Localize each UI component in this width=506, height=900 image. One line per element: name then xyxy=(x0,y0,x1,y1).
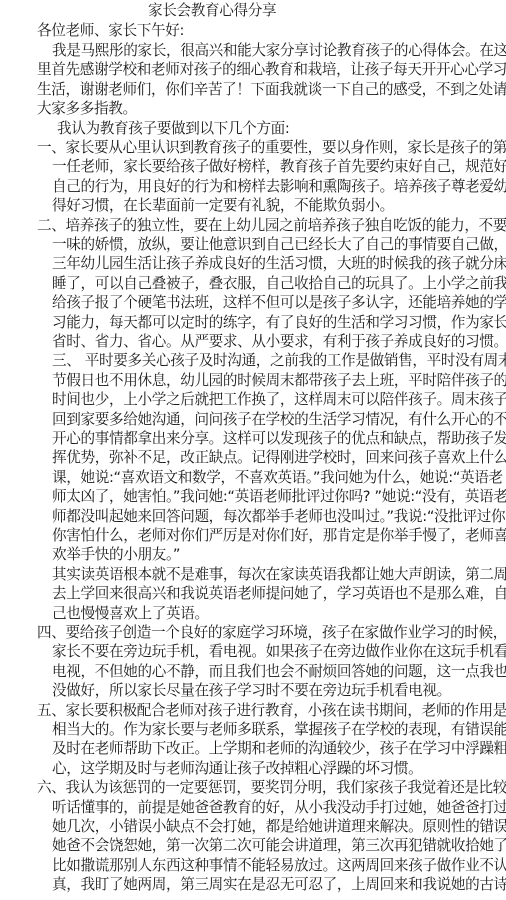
greeting: 各位老师、家长下午好: xyxy=(37,21,184,40)
text-line: 我是马熙彤的家长，很高兴和能大家分享讨论教育孩子的心得体会。在这 xyxy=(52,41,506,60)
text-line: 里首先感谢学校和老师对孩子的细心教育和栽培，让孩子每天开开心心学习 xyxy=(37,60,506,79)
text-line: 家长不要在旁边玩手机，看电视。如果孩子在旁边做作业你在这玩手机看 xyxy=(52,642,506,661)
text-line: 欢举手快的小朋友。” xyxy=(52,545,180,564)
text-line: 己也慢慢喜欢上了英语。 xyxy=(52,604,209,623)
text-line: 得好习惯，在长辈面前一定要有礼貌，不能欺负弱小。 xyxy=(52,196,394,215)
text-line: 大家多多指教。 xyxy=(37,99,137,118)
text-line: 习能力，每天都可以定时的练字，有了良好的生活和学习习惯，作为家长 xyxy=(52,313,506,332)
text-line: 三、 平时要多关心孩子及时沟通，之前我的工作是做销售，平时没有周末， xyxy=(52,351,506,370)
text-line: 课，她说:“喜欢语文和数学，不喜欢英语。”我问她为什么，她说:“英语老 xyxy=(52,468,503,487)
text-line: 省时、省力、省心。从严要求、从小要求，有利于孩子养成良好的习惯。 xyxy=(52,332,506,351)
text-line: 心，这学期及时与老师沟通让孩子改掉粗心浮躁的坏习惯。 xyxy=(52,759,422,778)
text-line: 相当大的。作为家长要与老师多联系，掌握孩子在学校的表现，有错误能 xyxy=(52,720,506,739)
text-line: 二、培养孩子的独立性，要在上幼儿园之前培养孩子独自吃饭的能力，不要 xyxy=(37,216,506,235)
text-line: 师太凶了，她害怕。”我问她:“英语老师批评过你吗? ”她说:“没有，英语老 xyxy=(52,487,506,506)
text-line: 一任老师，家长要给孩子做好榜样，教育孩子首先要约束好自己，规范好 xyxy=(52,157,506,176)
text-line: 五、家长要积极配合老师对孩子进行教育，小孩在读书期间，老师的作用是 xyxy=(37,701,506,720)
text-line: 四、要给孩子创造一个良好的家庭学习环境，孩子在家做作业学习的时候， xyxy=(37,623,506,642)
text-line: 其实读英语根本就不是难事，每次在家读英语我都让她大声朗读，第二周 xyxy=(52,565,506,584)
text-line: 六、我认为该惩罚的一定要惩罚，要奖罚分明，我们家孩子我觉着还是比较 xyxy=(37,778,506,797)
text-line: 挥优势，弥补不足，改正缺点。记得刚进学校时，回来问孩子喜欢上什么 xyxy=(52,448,506,467)
text-line: 回到家要多给她沟通，问问孩子在学校的生活学习情况，有什么开心的不 xyxy=(52,410,506,429)
text-line: 开心的事情都拿出来分享。这样可以发现孩子的优点和缺点，帮助孩子发 xyxy=(52,429,506,448)
document-title: 家长会教育心得分享 xyxy=(148,1,276,20)
text-line: 比如撒谎那别人东西这种事情不能轻易放过。这两周回来孩子做作业不认 xyxy=(52,856,506,875)
text-line: 给孩子报了个硬笔书法班，这样不但可以是孩子多认字，还能培养她的学 xyxy=(52,293,506,312)
text-line: 睡了，可以自己叠被子，叠衣服，自己收拾自己的玩具了。上小学之前我 xyxy=(52,274,506,293)
text-line: 师都没叫起她来回答问题，每次都举手老师也没叫过。”我说:“没批评过你 xyxy=(52,507,505,526)
text-line: 她爸不会饶恕她，第一次第二次可能会讲道理，第三次再犯错就收拾她了。 xyxy=(52,836,506,855)
text-line: 去上学回来很高兴和我说英语老师提问她了，学习英语也不是那么难，自 xyxy=(52,584,506,603)
text-line: 没做好，所以家长尽量在孩子学习时不要在旁边玩手机看电视。 xyxy=(52,681,451,700)
text-line: 一、家长要从心里认识到教育孩子的重要性，要以身作则，家长是孩子的第 xyxy=(37,138,506,157)
text-line: 及时在老师帮助下改正。上学期和老师的沟通较少，孩子在学习中浮躁粗 xyxy=(52,739,506,758)
text-line: 三年幼儿园生活让孩子养成良好的生活习惯，大班的时候我的孩子就分床 xyxy=(52,254,506,273)
text-line: 听话懂事的，前提是她爸爸教育的好，从小我没动手打过她，她爸爸打过 xyxy=(52,798,506,817)
text-line: 生活，谢谢老师们，你们辛苦了！下面我就谈一下自己的感受，不到之处请 xyxy=(37,80,506,99)
text-line: 真，我盯了她两周，第三周实在是忍无可忍了，上周回来和我说她的古诗 xyxy=(52,875,506,894)
text-line: 她几次，小错误小缺点不会打她，都是给她讲道理来解决。原则性的错误 xyxy=(52,817,506,836)
text-line: 自己的行为，用良好的行为和榜样去影响和熏陶孩子。培养孩子尊老爱幼 xyxy=(52,177,506,196)
text-line: 一味的娇惯，放纵，要让他意识到自己已经长大了自己的事情要自己做， xyxy=(52,235,506,254)
text-line: 我认为教育孩子要做到以下几个方面: xyxy=(57,119,289,138)
text-line: 时间也少，上小学之后就把工作换了，这样周末可以陪伴孩子。周末孩子 xyxy=(52,390,506,409)
text-line: 节假日也不用休息，幼儿园的时候周末都带孩子去上班，平时陪伴孩子的 xyxy=(52,371,506,390)
text-line: 你害怕什么，老师对你们严厉是对你们好，那肯定是你举手慢了，老师喜 xyxy=(52,526,506,545)
document-page: 家长会教育心得分享 各位老师、家长下午好: 我是马熙彤的家长，很高兴和能大家分享… xyxy=(0,0,506,900)
text-line: 电视，不但她的心不静，而且我们也会不耐烦回答她的问题，这一点我也 xyxy=(52,662,506,681)
